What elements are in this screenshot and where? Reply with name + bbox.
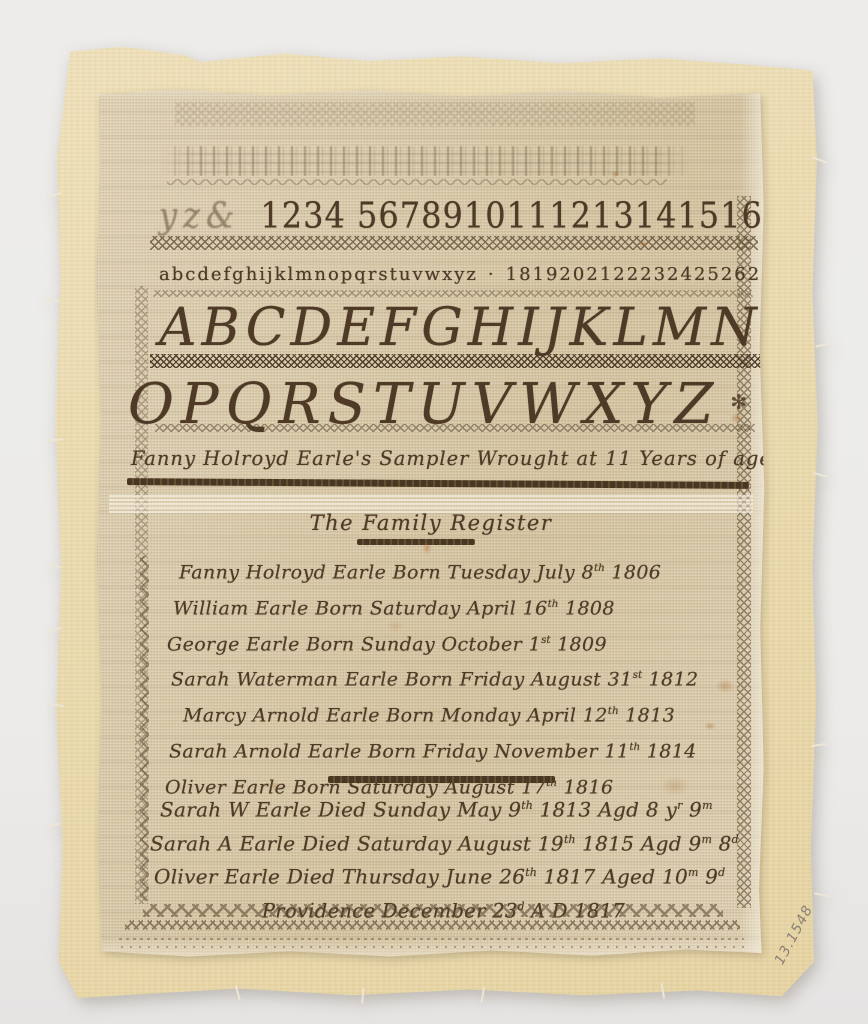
register-line: William Earle Born Saturday April 16th 1… — [173, 589, 727, 625]
solid-divider-band — [127, 478, 749, 489]
worn-alphabet-row — [161, 146, 691, 176]
thin-zigzag-band — [167, 179, 667, 185]
diamond-cross-band — [150, 354, 762, 368]
faded-top-band — [175, 102, 695, 126]
register-line: Sarah W Earle Died Sunday May 9th 1813 A… — [160, 791, 737, 825]
register-line: Sarah A Earle Died Saturday August 19th … — [150, 825, 737, 859]
lowercase-alphabet-row: abcdefghijklmnopqrstuvwxyz·1819202122232… — [159, 264, 828, 285]
faded-letter-remnant: yz& — [159, 194, 240, 237]
sampler-title: Fanny Holroyd Earle's Sampler Wrought at… — [131, 446, 731, 472]
sampler-linen-wrap: yz& 1234 567891011121314151617 abcdefghi… — [95, 86, 767, 960]
sampler-linen: yz& 1234 567891011121314151617 abcdefghi… — [95, 86, 767, 960]
bottom-dense-zigzag — [125, 920, 740, 930]
frayed-thread — [44, 298, 60, 302]
register-line: Sarah Arnold Earle Born Friday November … — [169, 732, 727, 768]
bottom-hem-stitching — [119, 936, 744, 950]
small-diamond-band — [155, 424, 755, 432]
heading-underline — [357, 539, 475, 545]
birth-records: Fanny Holroyd Earle Born Tuesday July 8t… — [165, 553, 727, 804]
register-line: Fanny Holroyd Earle Born Tuesday July 8t… — [179, 553, 727, 589]
dot-separator: · — [478, 264, 506, 285]
frayed-thread — [45, 823, 61, 827]
cross-stitch-band — [150, 236, 758, 250]
register-line: Marcy Arnold Earle Born Monday April 12t… — [183, 696, 727, 732]
bottom-zigzag-border — [143, 904, 723, 917]
frayed-thread — [815, 342, 831, 347]
uppercase-alphabet-row-1: ABCDEFGHIJKLMN — [159, 298, 762, 358]
flower-motif: ✻ — [720, 390, 747, 414]
register-line: Oliver Earle Died Thursday June 26th 181… — [154, 858, 737, 892]
lowercase-alphabet: abcdefghijklmnopqrstuvwxyz — [159, 264, 478, 285]
numbers-1-17: 1234 567891011121314151617 — [260, 194, 805, 237]
photo-of-sampler: 13.1548 yz& 1234 567891011121314151617 a… — [0, 0, 868, 1024]
narrow-band — [153, 290, 753, 297]
frayed-thread — [362, 988, 365, 1004]
register-divider-band — [328, 776, 555, 783]
left-zigzag-border — [140, 556, 149, 901]
linen-top-hem — [95, 86, 767, 100]
register-line: Sarah Waterman Earle Born Friday August … — [171, 660, 727, 696]
frayed-thread — [45, 562, 61, 568]
register-line: George Earle Born Sunday October 1st 180… — [167, 625, 727, 661]
family-register-heading: The Family Register — [131, 510, 731, 536]
